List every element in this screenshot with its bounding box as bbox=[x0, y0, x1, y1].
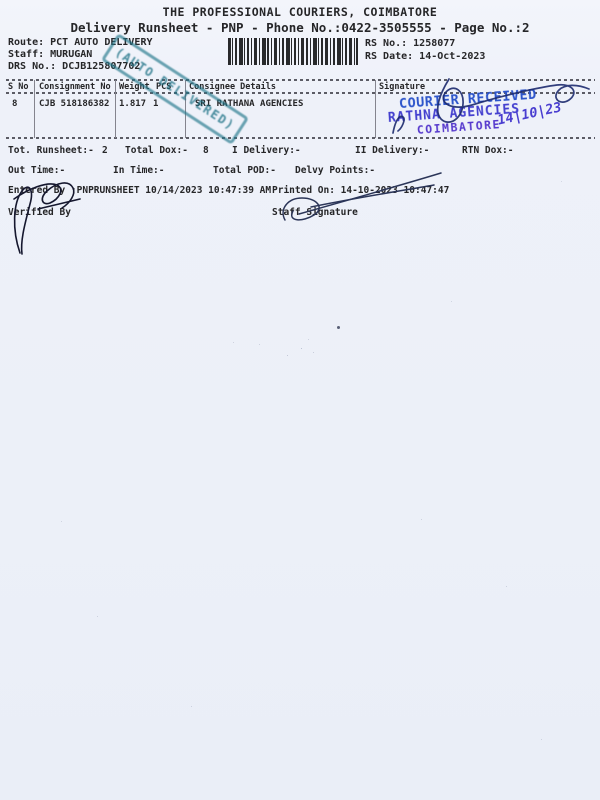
runsheet-subtitle: Delivery Runsheet - PNP - Phone No.:0422… bbox=[0, 20, 600, 35]
scanned-runsheet-document: THE PROFESSIONAL COURIERS, COIMBATORE De… bbox=[0, 0, 600, 800]
i-delivery-label: I Delivery:- bbox=[232, 145, 301, 156]
column-rule-2 bbox=[115, 80, 116, 138]
cell-consignment-no: CJB 518186382 bbox=[39, 99, 109, 109]
rs-date-line: RS Date: 14-Oct-2023 bbox=[365, 51, 485, 62]
rs-no-line: RS No.: 1258077 bbox=[365, 38, 455, 49]
rtn-dox-label: RTN Dox:- bbox=[462, 145, 513, 156]
tot-runsheet-value: 2 bbox=[102, 145, 108, 156]
staff-signature-label: Staff Signature bbox=[272, 207, 358, 218]
divider-top bbox=[6, 79, 595, 81]
printed-on-line: Printed On: 14-10-2023 10:47:47 bbox=[272, 185, 449, 196]
column-rule-1 bbox=[34, 80, 35, 138]
entered-by-line: Entered By :PNPRUNSHEET 10/14/2023 10:47… bbox=[8, 185, 271, 196]
column-rule-4 bbox=[375, 80, 376, 138]
total-pod-label: Total POD:- bbox=[213, 165, 276, 176]
total-dox-value: 8 bbox=[203, 145, 209, 156]
verified-by-label: Verified By bbox=[8, 207, 71, 218]
cell-s-no: 8 bbox=[12, 99, 17, 109]
out-time-label: Out Time:- bbox=[8, 165, 65, 176]
cell-weight: 1.817 bbox=[119, 99, 146, 109]
staff-line: Staff: MURUGAN bbox=[8, 49, 92, 60]
tot-runsheet-label: Tot. Runsheet:- bbox=[8, 145, 94, 156]
total-dox-label: Total Dox:- bbox=[125, 145, 188, 156]
in-time-label: In Time:- bbox=[113, 165, 164, 176]
company-title: THE PROFESSIONAL COURIERS, COIMBATORE bbox=[0, 5, 600, 19]
barcode bbox=[228, 38, 358, 65]
delvy-points-label: Delvy Points:- bbox=[295, 165, 375, 176]
paper-specks bbox=[337, 326, 340, 329]
cell-pcs: 1 bbox=[153, 99, 158, 109]
header-s-no: S No bbox=[8, 82, 28, 92]
header-signature: Signature bbox=[379, 82, 425, 92]
header-consignment-no: Consignment No bbox=[39, 82, 111, 92]
